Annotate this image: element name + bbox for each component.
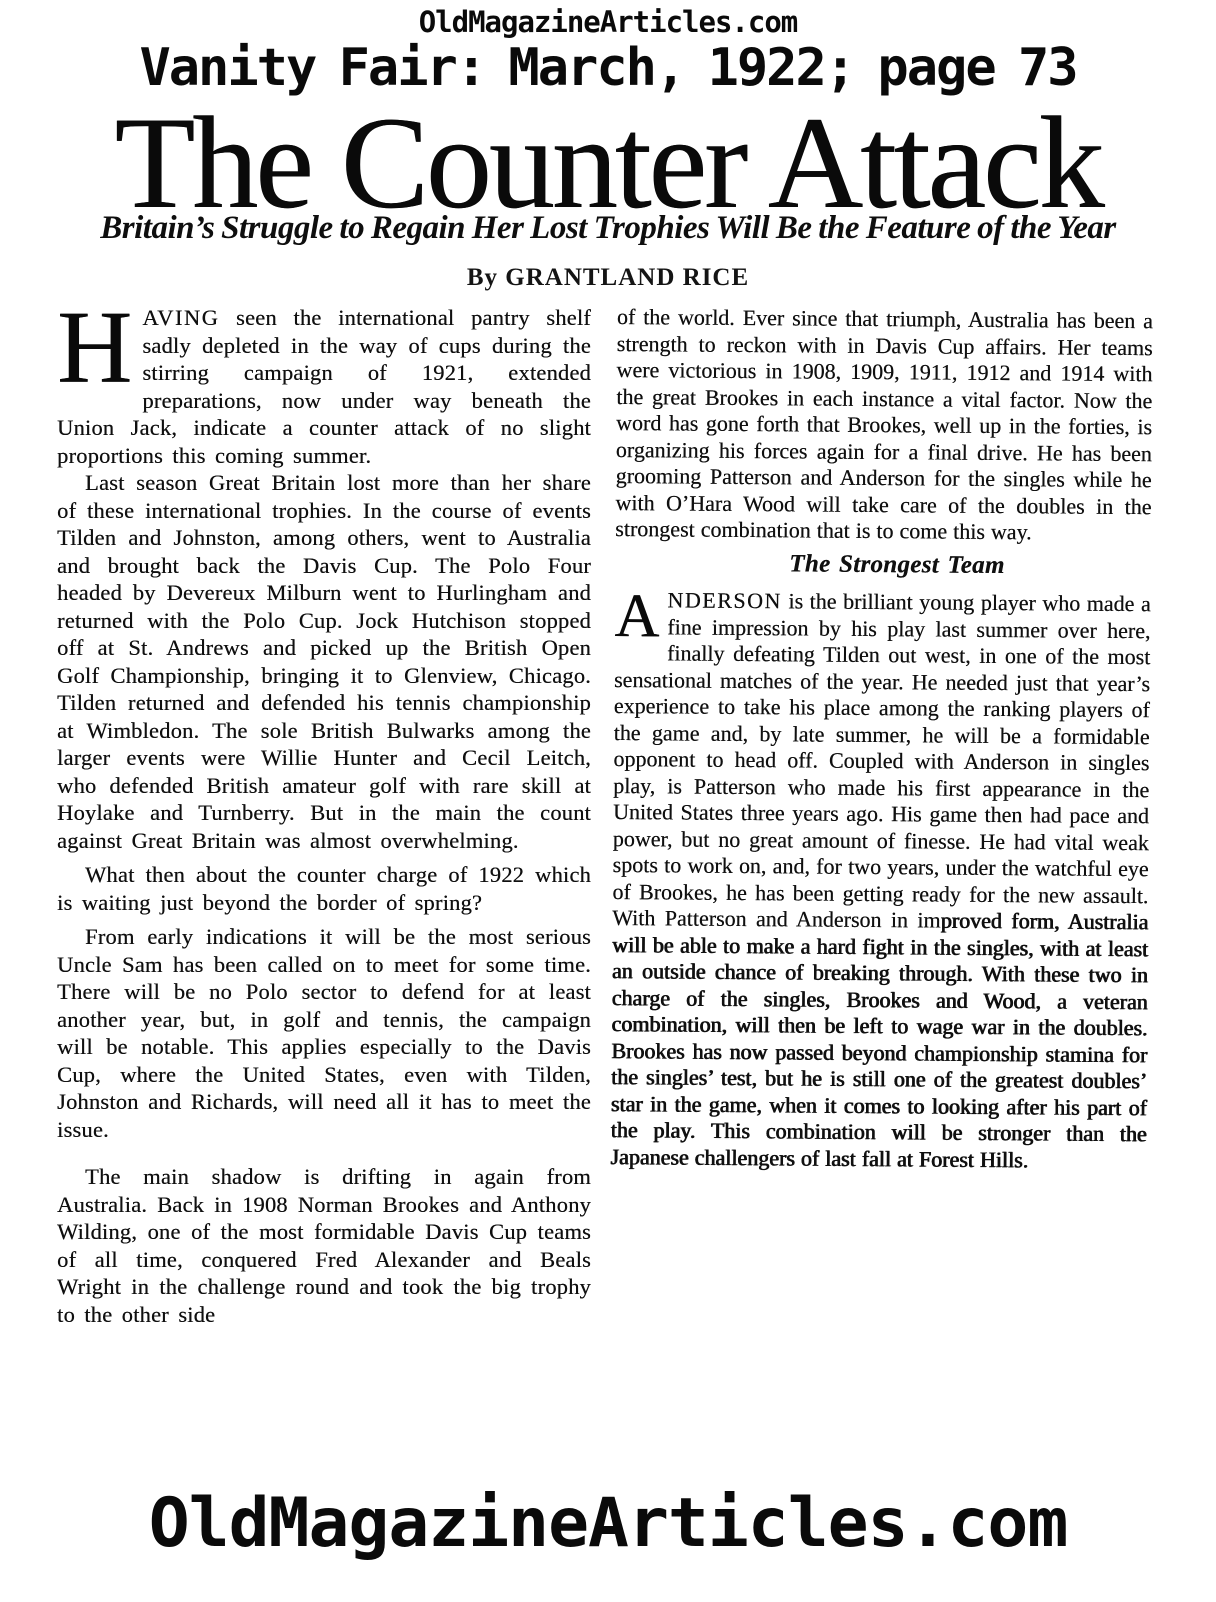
lead-word: AVING: [142, 305, 219, 330]
paragraph-having: HAVING seen the international pantry she…: [57, 304, 591, 469]
paragraph-main-shadow: The main shadow is drifting in again fro…: [57, 1163, 591, 1328]
article-subtitle: Britain’s Struggle to Regain Her Lost Tr…: [0, 210, 1216, 247]
paragraph-anderson: ANDERSON is the brilliant young player w…: [610, 587, 1151, 1174]
site-footer-url: OldMagazineArticles.com: [0, 1484, 1216, 1563]
paragraph-text: seen the international pantry shelf sadl…: [57, 305, 591, 468]
paragraph-text: is the brilliant young player who made a…: [612, 588, 1151, 932]
lead-word: NDERSON: [667, 587, 782, 613]
byline: By GRANTLAND RICE: [0, 264, 1216, 292]
site-header-url: OldMagazineArticles.com: [0, 5, 1216, 39]
paragraph-last-season: Last season Great Britain lost more than…: [57, 469, 591, 854]
right-column: of the world. Ever since that triumph, A…: [609, 304, 1153, 1332]
section-heading-strongest-team: The Strongest Team: [615, 549, 1151, 580]
article-body: HAVING seen the international pantry she…: [57, 304, 1153, 1328]
paragraph-counter-charge: What then about the counter charge of 19…: [57, 861, 591, 916]
paragraph-early-indications: From early indications it will be the mo…: [57, 923, 591, 1143]
drop-cap-h: H: [57, 307, 132, 389]
drop-cap-a: A: [614, 590, 659, 642]
left-column: HAVING seen the international pantry she…: [57, 304, 591, 1328]
paragraph-text-dark-print: proved form, Australia will be able to m…: [610, 908, 1148, 1172]
paragraph-of-the-world: of the world. Ever since that triumph, A…: [615, 304, 1153, 547]
